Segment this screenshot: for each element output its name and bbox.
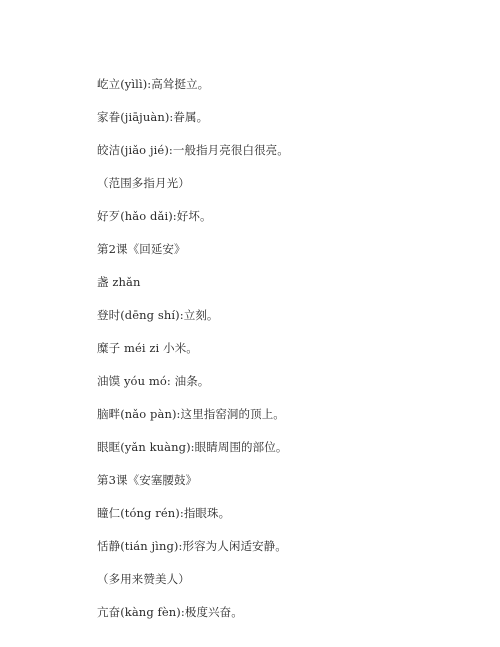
vocab-entry: 家眷(jiājuàn):眷属。	[97, 109, 477, 142]
vocab-entry: 皎洁(jiǎo jié):一般指月亮很白很亮。	[97, 142, 477, 175]
vocab-entry: 亢奋(kàng fèn):极度兴奋。	[97, 604, 477, 637]
vocab-entry: 糜子 méi zi 小米。	[97, 340, 477, 373]
vocabulary-list: 屹立(yìlì):高耸挺立。 家眷(jiājuàn):眷属。 皎洁(jiǎo j…	[97, 76, 477, 637]
vocab-entry: 屹立(yìlì):高耸挺立。	[97, 76, 477, 109]
document-page: 屹立(yìlì):高耸挺立。 家眷(jiājuàn):眷属。 皎洁(jiǎo j…	[0, 0, 500, 647]
vocab-entry: 瞳仁(tóng rén):指眼珠。	[97, 505, 477, 538]
lesson-heading: 第2课《回延安》	[97, 241, 477, 274]
vocab-entry: 眼眶(yǎn kuàng):眼睛周围的部位。	[97, 439, 477, 472]
vocab-entry: 好歹(hǎo dǎi):好坏。	[97, 208, 477, 241]
vocab-note: （范围多指月光）	[97, 175, 477, 208]
vocab-entry: 盏 zhǎn	[97, 274, 477, 307]
vocab-note: （多用来赞美人）	[97, 571, 477, 604]
vocab-entry: 登时(dēng shí):立刻。	[97, 307, 477, 340]
vocab-entry: 恬静(tián jìng):形容为人闲适安静。	[97, 538, 477, 571]
lesson-heading: 第3课《安塞腰鼓》	[97, 472, 477, 505]
vocab-entry: 脑畔(nǎo pàn):这里指窑洞的顶上。	[97, 406, 477, 439]
vocab-entry: 油馍 yóu mó: 油条。	[97, 373, 477, 406]
